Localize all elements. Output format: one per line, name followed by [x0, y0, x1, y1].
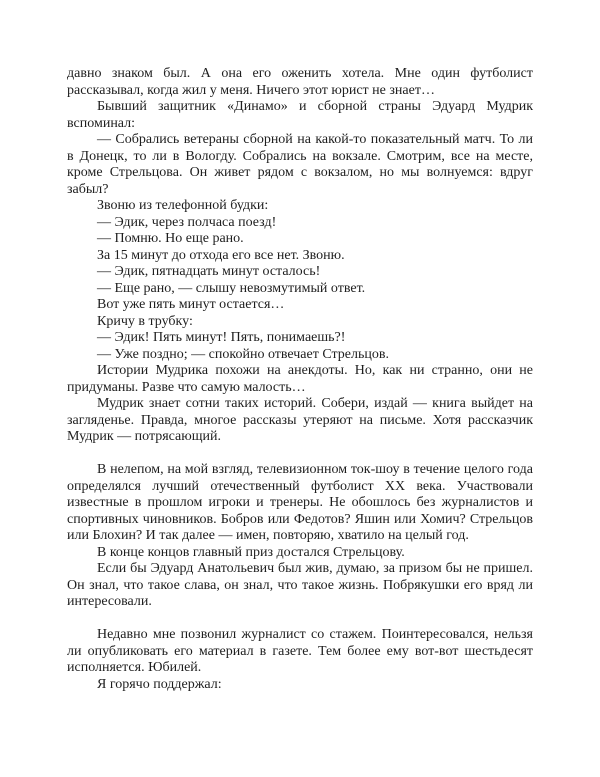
- paragraph: Истории Мудрика похожи на анекдоты. Но, …: [67, 363, 533, 396]
- paragraph: Вот уже пять минут остается…: [67, 297, 533, 314]
- paragraph: — Собрались ветераны сборной на какой-то…: [67, 132, 533, 198]
- screen: давно знаком был. А она его оженить хоте…: [0, 0, 600, 777]
- paragraph: — Помню. Но еще рано.: [67, 231, 533, 248]
- paragraph: За 15 минут до отхода его все нет. Звоню…: [67, 248, 533, 265]
- paragraph: В конце концов главный приз достался Стр…: [67, 545, 533, 562]
- book-page: давно знаком был. А она его оженить хоте…: [0, 0, 600, 777]
- paragraph: Звоню из телефонной будки:: [67, 198, 533, 215]
- paragraph: Кричу в трубку:: [67, 314, 533, 331]
- paragraph: Бывший защитник «Динамо» и сборной стран…: [67, 99, 533, 132]
- paragraph: Недавно мне позвонил журналист со стажем…: [67, 627, 533, 677]
- paragraph: Мудрик знает сотни таких историй. Собери…: [67, 396, 533, 446]
- paragraph: — Уже поздно; — спокойно отвечает Стрель…: [67, 347, 533, 364]
- page-text-block: давно знаком был. А она его оженить хоте…: [67, 66, 533, 693]
- paragraph: Я горячо поддержал:: [67, 677, 533, 694]
- paragraph: — Еще рано, — слышу невозмутимый ответ.: [67, 281, 533, 298]
- paragraph: давно знаком был. А она его оженить хоте…: [67, 66, 533, 99]
- paragraph: — Эдик, пятнадцать минут осталось!: [67, 264, 533, 281]
- paragraph: В нелепом, на мой взгляд, телевизионном …: [67, 462, 533, 545]
- paragraph: Если бы Эдуард Анатольевич был жив, дума…: [67, 561, 533, 611]
- paragraph: — Эдик! Пять минут! Пять, понимаешь?!: [67, 330, 533, 347]
- paragraph: — Эдик, через полчаса поезд!: [67, 215, 533, 232]
